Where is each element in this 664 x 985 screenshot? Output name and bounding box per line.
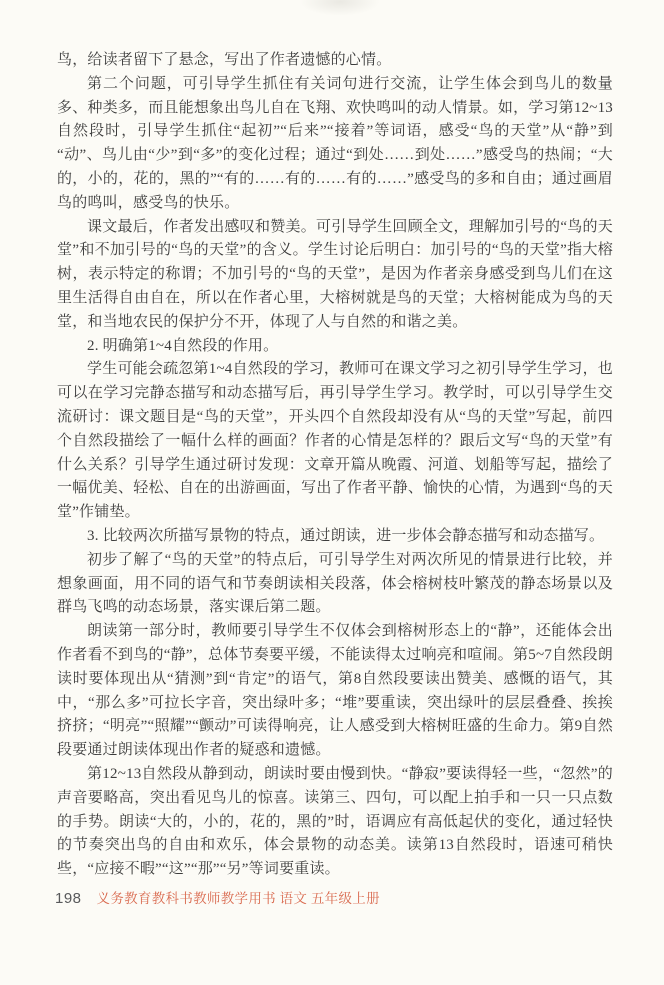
book-page: 鸟，给读者留下了悬念，写出了作者遗憾的心情。 第二个问题，可引导学生抓住有关词句… — [0, 0, 664, 985]
paragraph: 第12~13自然段从静到动，朗读时要由慢到快。“静寂”要读得轻一些，“忽然”的声… — [57, 763, 613, 882]
paragraph: 朗读第一部分时，教师要引导学生不仅体会到榕树形态上的“静”，还能体会出作者看不到… — [57, 620, 613, 763]
book-title: 义务教育教科书教师教学用书 语文 五年级上册 — [97, 887, 380, 907]
paragraph: 课文最后，作者发出感叹和赞美。可引导学生回顾全文，理解加引号的“鸟的天堂”和不加… — [57, 216, 613, 335]
paragraph: 第二个问题，可引导学生抓住有关词句进行交流，让学生体会到鸟儿的数量多、种类多，而… — [57, 73, 613, 216]
page-number: 198 — [55, 890, 82, 907]
scan-smudge-artifact — [300, 0, 380, 16]
numbered-item-2: 2. 明确第1~4自然段的作用。 — [57, 335, 613, 359]
paragraph: 初步了解了“鸟的天堂”的特点后，可引导学生对两次所见的情景进行比较，并想象画面，… — [57, 549, 613, 620]
paragraph: 学生可能会疏忽第1~4自然段的学习，教师可在课文学习之初引导学生学习，也可以在学… — [57, 358, 613, 525]
numbered-item-3: 3. 比较两次所描写景物的特点，通过朗读，进一步体会静态描写和动态描写。 — [57, 525, 613, 549]
page-footer: 198 义务教育教科书教师教学用书 语文 五年级上册 — [55, 887, 380, 907]
paragraph-continuation: 鸟，给读者留下了悬念，写出了作者遗憾的心情。 — [57, 49, 613, 73]
text-column: 鸟，给读者留下了悬念，写出了作者遗憾的心情。 第二个问题，可引导学生抓住有关词句… — [57, 49, 613, 882]
